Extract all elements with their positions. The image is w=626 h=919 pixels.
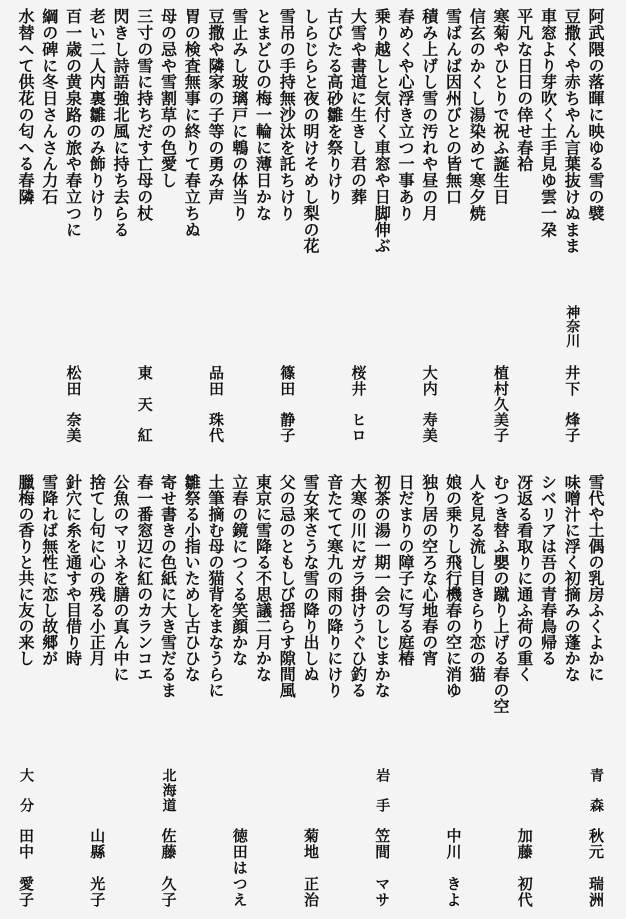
author-name: 桜井 ヒロ — [346, 365, 370, 443]
author-credit: 植村久美子 — [488, 0, 512, 919]
haiku-column: 日だまりの障子に写る庭椿 — [393, 474, 417, 666]
haiku-column: 針穴に糸を通すや目借り時 — [61, 474, 85, 666]
author-name: 秋元 瑞洲 — [583, 828, 607, 908]
author-name: 田中 愛子 — [13, 828, 37, 908]
author-credit: 徳田はつえ — [227, 0, 251, 919]
author-name: 松田 奈美 — [61, 365, 85, 443]
author-credit: 菊地 正治 — [298, 0, 322, 919]
author-name: 佐藤 久子 — [156, 828, 180, 908]
author-name: 山縣 光子 — [85, 828, 109, 908]
author-name: 笠間 マサ — [370, 828, 394, 908]
haiku-column: 春一番窓辺に紅のカランコエ — [132, 474, 156, 682]
haiku-column: むつき替ふ嬰の蹴り上げる春の空 — [488, 474, 512, 714]
author-credit: 大内 寿美 — [417, 0, 441, 919]
haiku-column: シベリアは吾の青春鳥帰る — [536, 474, 560, 666]
author-credit: 青 森 秋元 瑞洲 — [583, 0, 607, 919]
author-credit: 桜井 ヒロ — [346, 0, 370, 919]
haiku-column: 味噌汁に浮く初摘みの蓬かな — [560, 474, 584, 682]
haiku-column: 胃の検査無事に終りて春立ちぬ — [180, 8, 204, 238]
haiku-column: 東京に雪降る不思議二月かな — [251, 474, 275, 682]
author-credit: 神奈川 井下 烽子 — [560, 0, 584, 919]
author-credit: 岩 手 笠間 マサ — [370, 0, 394, 919]
author-credit: 中川 きよ — [441, 0, 465, 919]
haiku-column: 公魚のマリネを膳の真ん中に — [108, 474, 132, 682]
author-name: 菊地 正治 — [298, 828, 322, 908]
author-name: 篠田 静子 — [275, 365, 299, 443]
author-name: 東 天 紅 — [132, 365, 156, 443]
haiku-column: 車窓より芽吹く土手見ゆ雲一朶 — [536, 8, 560, 238]
haiku-column: 閃きし詩語強北風に持ち去らる — [108, 8, 132, 238]
author-credit: 東 天 紅 — [132, 0, 156, 919]
haiku-column: 人を見る流し目きらり恋の猫 — [465, 474, 489, 682]
author-credit: 松田 奈美 — [61, 0, 85, 919]
haiku-column: 春めくや心浮き立つ一事あり — [393, 8, 417, 221]
haiku-column: 大寒の川にガラ掛けうぐひ釣る — [346, 474, 370, 698]
haiku-column: 土筆摘む母の猫背をまなうらに — [203, 474, 227, 698]
author-name: 加藤 初代 — [512, 828, 536, 908]
haiku-column: 独り居の空ろな心地春の宵 — [417, 474, 441, 666]
haiku-column: 音たてて寒九の雨の降りにけり — [322, 474, 346, 698]
author-prefecture: 北海道 — [156, 768, 180, 813]
author-credit: 北海道 佐藤 久子 — [156, 0, 180, 919]
author-prefecture: 岩 手 — [370, 768, 394, 813]
author-name: 井下 烽子 — [560, 365, 584, 443]
author-prefecture: 神奈川 — [560, 305, 584, 348]
author-credit: 加藤 初代 — [512, 0, 536, 919]
haiku-column: 雛祭る小指いためし古ひひな — [180, 474, 204, 682]
author-name: 品田 珠代 — [203, 365, 227, 443]
haiku-column: 雪降れば無性に恋し故郷が — [37, 474, 61, 666]
author-credit: 大 分 田中 愛子 — [13, 0, 37, 919]
author-name: 大内 寿美 — [417, 365, 441, 443]
haiku-column: とまどひの梅一輪に薄日かな — [251, 8, 275, 221]
author-credit: 品田 珠代 — [203, 0, 227, 919]
author-credit: 篠田 静子 — [275, 0, 299, 919]
author-name: 徳田はつえ — [227, 828, 251, 908]
author-prefecture: 大 分 — [13, 768, 37, 813]
author-name: 植村久美子 — [488, 365, 512, 443]
author-name: 中川 きよ — [441, 828, 465, 908]
author-credit: 山縣 光子 — [85, 0, 109, 919]
author-prefecture: 青 森 — [583, 768, 607, 813]
haiku-column: 綱の碑に冬日さんさん力石 — [37, 8, 61, 205]
haiku-column: 父の忌のともしび揺らす隙間風 — [275, 474, 299, 698]
haiku-column: 信玄のかくし湯染めて寒夕焼 — [465, 8, 489, 221]
haiku-column: 古びたる高砂雛を祭りけり — [322, 8, 346, 205]
